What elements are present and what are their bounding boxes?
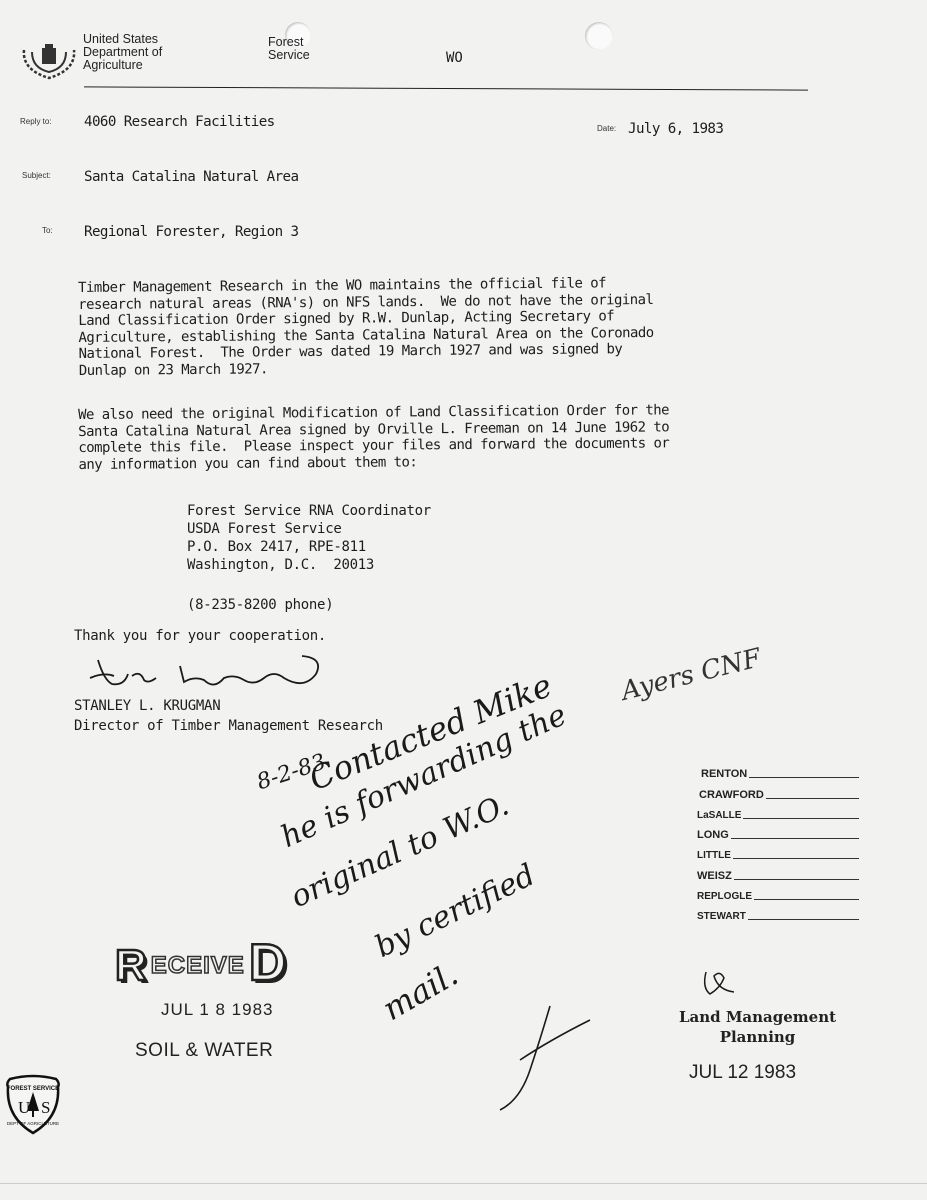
svg-text:FOREST SERVICE: FOREST SERVICE [7, 1086, 59, 1092]
agency-name: United States Department of Agriculture [83, 33, 162, 72]
closing-line: Thank you for your cooperation. [74, 628, 326, 645]
subject-label: Subject: [22, 171, 51, 180]
routing-row: CRAWFORD [699, 780, 859, 800]
lmp-line-2: Planning [665, 1028, 850, 1046]
to-label: To: [42, 226, 53, 235]
svg-text:S: S [41, 1098, 50, 1117]
service-name: Forest Service [268, 36, 310, 62]
hole-punch [585, 22, 613, 50]
reply-to-label: Reply to: [20, 117, 52, 126]
usda-seal-icon [18, 40, 80, 80]
routing-row: LITTLE [697, 841, 859, 861]
handwritten-signature [84, 650, 334, 702]
routing-row: REPLOGLE [697, 882, 859, 902]
routing-row: LaSALLE [697, 801, 859, 821]
reply-to-value: 4060 Research Facilities [84, 113, 275, 131]
routing-row: WEISZ [697, 861, 859, 881]
handwritten-note-line-6: mail. [376, 955, 464, 1028]
routing-row: LONG [697, 821, 859, 841]
forest-service-shield-icon: FOREST SERVICE U S DEPT OF AGRICULTURE [4, 1073, 62, 1135]
to-value: Regional Forester, Region 3 [84, 223, 298, 241]
received-date: JUL 1 8 1983 [161, 1000, 335, 1020]
svg-text:DEPT OF AGRICULTURE: DEPT OF AGRICULTURE [7, 1121, 59, 1126]
date-value: July 6, 1983 [628, 120, 723, 138]
routing-initial [700, 968, 740, 1002]
received-department: SOIL & WATER [135, 1040, 335, 1062]
routing-row: STEWART [697, 902, 859, 922]
phone-number: (8-235-8200 phone) [187, 597, 333, 614]
routing-row: RENTON [701, 760, 859, 780]
mailing-address: Forest Service RNA Coordinator USDA Fore… [187, 502, 431, 574]
routing-slip: RENTON CRAWFORD LaSALLE LONG LITTLE WEIS… [697, 760, 859, 922]
received-word: R ECEIVE D [115, 938, 335, 988]
lmp-stamp: Land Management Planning JUL 12 1983 [665, 1008, 850, 1084]
lmp-date: JUL 12 1983 [635, 1062, 850, 1084]
handwritten-initial [490, 1000, 600, 1119]
signer-title: Director of Timber Management Research [74, 718, 383, 735]
body-paragraph-1: Timber Management Research in the WO mai… [78, 275, 654, 379]
subject-value: Santa Catalina Natural Area [84, 168, 298, 186]
lmp-line-1: Land Management [665, 1008, 850, 1026]
handwritten-note-line-2: Ayers CNF [618, 643, 764, 707]
office-code: WO [446, 50, 463, 66]
signer-name: STANLEY L. KRUGMAN [74, 698, 220, 715]
letterhead-divider [84, 86, 808, 90]
page-edge [0, 1183, 927, 1184]
handwritten-note-line-5: by certified [370, 858, 541, 965]
received-stamp: R ECEIVE D JUL 1 8 1983 SOIL & WATER [115, 938, 335, 1062]
date-label: Date: [597, 124, 616, 133]
body-paragraph-2: We also need the original Modification o… [78, 402, 669, 473]
